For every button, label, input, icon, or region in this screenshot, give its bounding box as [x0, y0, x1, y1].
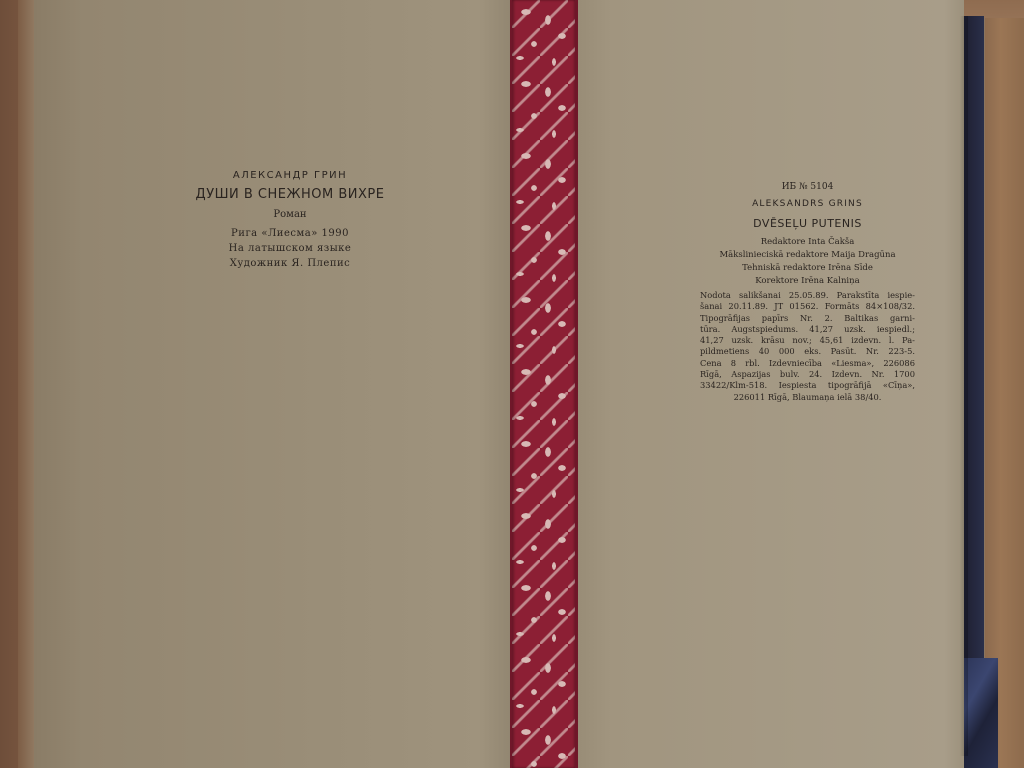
author-name-lv: ALEKSANDRS GRINS: [700, 199, 915, 209]
page-shadow: [960, 16, 968, 756]
catalog-code: ИБ № 5104: [700, 182, 915, 192]
book-title-lv: DVĒSEĻU PUTENIS: [700, 217, 915, 230]
publisher-line: Рига «Лиесма» 1990: [150, 228, 430, 239]
credit-line: Redaktore Inta Čakša: [700, 237, 915, 248]
imprint-line: 41,27 uzsk. krāsu nov.; 45,61 izdevn. l.…: [700, 335, 915, 346]
imprint-line: tūra. Augstspiedums. 41,27 uzsk. iespied…: [700, 324, 915, 335]
wooden-table-right: [985, 0, 1024, 768]
imprint-line: 226011 Rīgā, Blaumaņa ielā 38/40.: [700, 392, 915, 403]
book-title-ru: ДУШИ В СНЕЖНОМ ВИХРЕ: [150, 187, 430, 202]
imprint-paragraph: Nodota salikšanai 25.05.89. Parakstīta i…: [700, 290, 915, 403]
imprint-line: šanai 20.11.89. JT 01562. Formāts 84×108…: [700, 301, 915, 312]
imprint-line: pildmetiens 40 000 eks. Pasūt. Nr. 223-5…: [700, 346, 915, 357]
language-line: На латышском языке: [150, 243, 430, 254]
imprint-line: Nodota salikšanai 25.05.89. Parakstīta i…: [700, 290, 915, 301]
right-page-imprint-block: ИБ № 5104 ALEKSANDRS GRINS DVĒSEĻU PUTEN…: [700, 182, 915, 403]
imprint-line: 33422/Klm-518. Iespiesta tipogrāfijā «Cī…: [700, 380, 915, 391]
ribbon-bookmark[interactable]: [512, 0, 576, 768]
left-page-title-block: АЛЕКСАНДР ГРИН ДУШИ В СНЕЖНОМ ВИХРЕ Рома…: [150, 170, 430, 273]
credit-line: Tehniskā redaktore Irēna Sīde: [700, 263, 915, 274]
imprint-line: Rīgā, Aspazijas bulv. 24. Izdevn. Nr. 17…: [700, 369, 915, 380]
imprint-line: Tipogrāfijas papīrs Nr. 2. Baltikas garn…: [700, 313, 915, 324]
genre-label: Роман: [150, 209, 430, 220]
imprint-line: Cena 8 rbl. Izdevniecība «Liesma», 22608…: [700, 358, 915, 369]
author-name-ru: АЛЕКСАНДР ГРИН: [150, 170, 430, 181]
left-page: [34, 0, 518, 768]
credit-line: Korektore Irēna Kalniņa: [700, 276, 915, 287]
artist-line: Художник Я. Плепис: [150, 258, 430, 269]
ribbon-edge: [575, 0, 578, 768]
credit-line: Mākslinieciskā redaktore Maija Dragūna: [700, 250, 915, 261]
